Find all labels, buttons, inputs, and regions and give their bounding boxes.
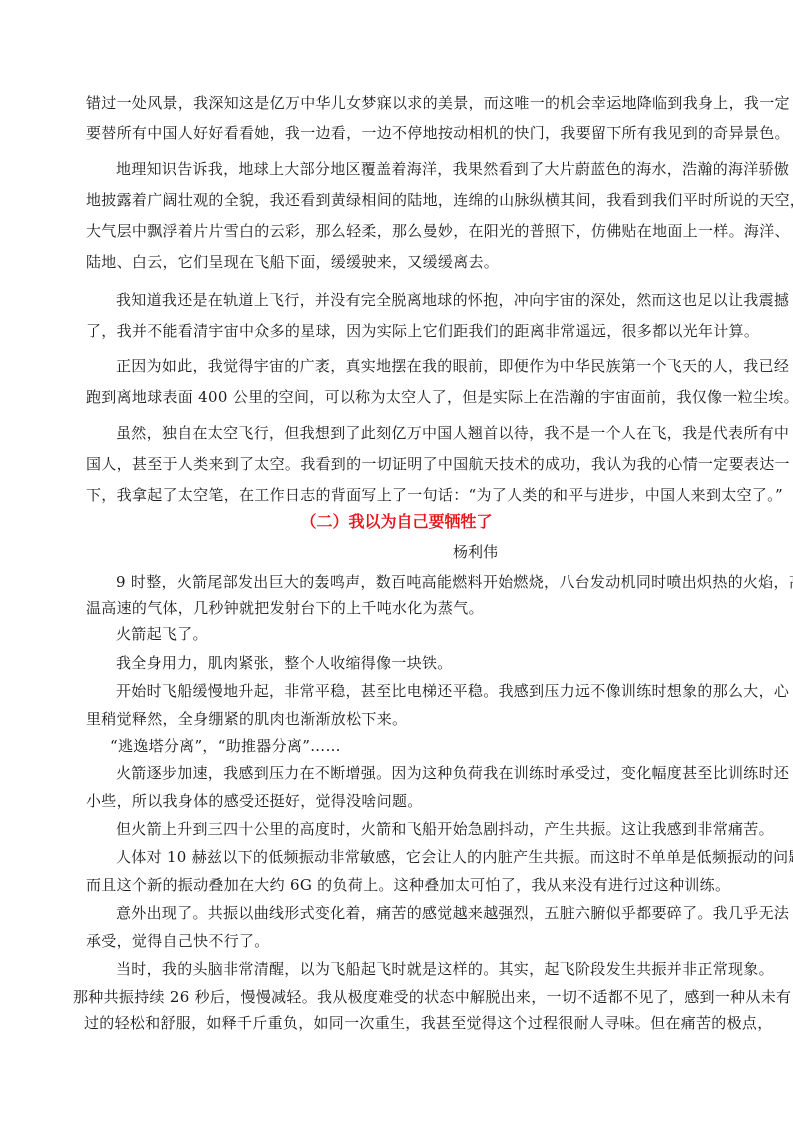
paragraph-line: 9 时整，火箭尾部发出巨大的轰鸣声，数百吨高能燃料开始燃烧，八台发动机同时喷出炽…	[86, 573, 716, 591]
paragraph-line: 下，我拿起了太空笔，在工作日志的背面写上了一句话：“为了人类的和平与进步，中国人…	[86, 486, 716, 504]
paragraph-line: 地披露着广阔壮观的全貌，我还看到黄绿相间的陆地，连绵的山脉纵横其间，我看到我们平…	[86, 191, 716, 209]
paragraph-line: 虽然，独自在太空飞行，但我想到了此刻亿万中国人翘首以待，我不是一个人在飞，我是代…	[86, 424, 716, 442]
paragraph-line: 那种共振持续 26 秒后，慢慢减轻。我从极度难受的状态中解脱出来，一切不适都不见…	[73, 988, 718, 1006]
author-name: 杨利伟	[453, 543, 498, 561]
paragraph-line: 意外出现了。共振以曲线形式变化着，痛苦的感觉越来越强烈，五脏六腑似乎都要碎了。我…	[86, 904, 716, 922]
paragraph-line: 跑到离地球表面 400 公里的空间，可以称为太空人了，但是实际上在浩瀚的宇宙面前…	[86, 388, 716, 406]
paragraph-line: 了，我并不能看清宇宙中众多的星球，因为实际上它们距我们的距离非常遥远，很多都以光…	[86, 322, 716, 340]
paragraph-line: 开始时飞船缓慢地升起，非常平稳，甚至比电梯还平稳。我感到压力远不像训练时想象的那…	[86, 682, 716, 700]
paragraph-line: “逃逸塔分离”，“助推器分离”……	[110, 737, 341, 755]
paragraph-line: 过的轻松和舒服，如释千斤重负，如同一次重生，我甚至觉得这个过程很耐人寻味。但在痛…	[84, 1014, 773, 1032]
paragraph-line: 人体对 10 赫兹以下的低频振动非常敏感，它会让人的内脏产生共振。而这时不单单是…	[86, 848, 716, 866]
paragraph-line: 大气层中飘浮着片片雪白的云彩，那么轻柔，那么曼妙，在阳光的普照下，仿佛贴在地面上…	[86, 222, 716, 240]
paragraph-line: 地理知识告诉我，地球上大部分地区覆盖着海洋，我果然看到了大片蔚蓝色的海水，浩瀚的…	[86, 160, 716, 178]
paragraph-line: 要替所有中国人好好看看她，我一边看，一边不停地按动相机的快门，我要留下所有我见到…	[86, 124, 716, 142]
paragraph-line: 而且这个新的振动叠加在大约 6G 的负荷上。这种叠加太可怕了，我从来没有进行过这…	[86, 876, 716, 894]
paragraph-line: 当时，我的头脑非常清醒，以为飞船起飞时就是这样的。其实，起飞阶段发生共振并非正常…	[86, 960, 716, 978]
paragraph-line: 火箭起飞了。	[86, 625, 716, 643]
paragraph-line: 陆地、白云，它们呈现在飞船下面，缓缓驶来，又缓缓离去。	[86, 253, 716, 271]
paragraph-line: 正因为如此，我觉得宇宙的广袤，真实地摆在我的眼前，即便作为中华民族第一个飞天的人…	[86, 357, 716, 375]
paragraph-line: 但火箭上升到三四十公里的高度时，火箭和飞船开始急剧抖动，产生共振。这让我感到非常…	[86, 820, 716, 838]
paragraph-line: 我知道我还是在轨道上飞行，并没有完全脱离地球的怀抱，冲向宇宙的深处，然而这也足以…	[86, 291, 716, 309]
section-title: （二）我以为自己要牺牲了	[0, 512, 793, 532]
document-page: 错过一处风景，我深知这是亿万中华儿女梦寐以求的美景，而这唯一的机会幸运地降临到我…	[0, 0, 793, 1122]
paragraph-line: 火箭逐步加速，我感到压力在不断增强。因为这种负荷我在训练时承受过，变化幅度甚至比…	[86, 764, 716, 782]
paragraph-line: 我全身用力，肌肉紧张，整个人收缩得像一块铁。	[86, 654, 716, 672]
paragraph-line: 里稍觉释然，全身绷紧的肌肉也渐渐放松下来。	[86, 710, 716, 728]
paragraph-line: 小些，所以我身体的感受还挺好，觉得没啥问题。	[86, 792, 716, 810]
paragraph-line: 承受，觉得自己快不行了。	[86, 932, 716, 950]
paragraph-line: 温高速的气体，几秒钟就把发射台下的上千吨水化为蒸气。	[86, 599, 716, 617]
paragraph-line: 错过一处风景，我深知这是亿万中华儿女梦寐以求的美景，而这唯一的机会幸运地降临到我…	[86, 94, 716, 112]
paragraph-line: 国人，甚至于人类来到了太空。我看到的一切证明了中国航天技术的成功，我认为我的心情…	[86, 455, 716, 473]
